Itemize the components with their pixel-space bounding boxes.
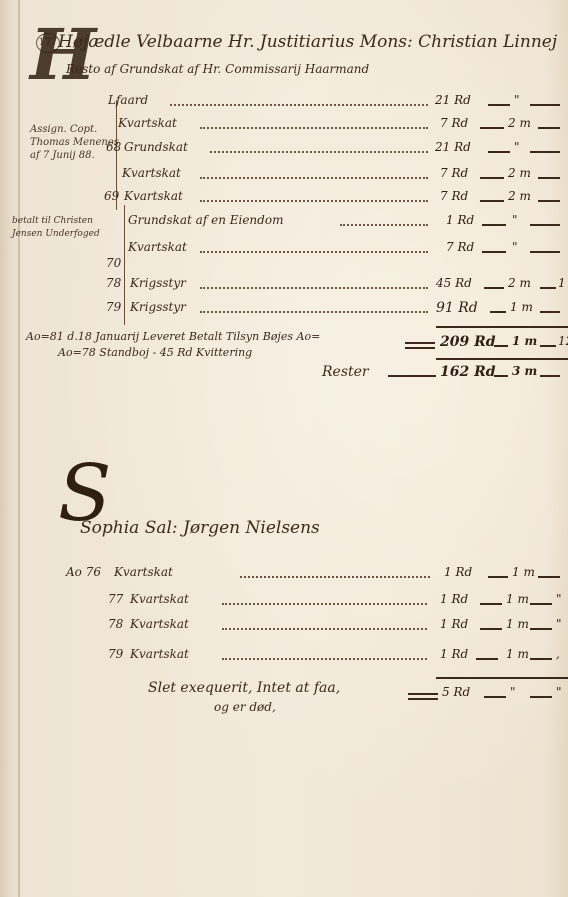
entry2-sum-rule [436, 677, 568, 679]
rest-row: Rester 162 Rd 3 m [0, 364, 568, 384]
ledger-row: 77 Kvartskat 1 Rd 1 m " [0, 592, 568, 612]
ledger-row: 70 [0, 256, 568, 276]
entry1-subheading: Resto af Grundskat af Hr. Commissarij Ha… [66, 62, 369, 76]
ledger-row: 79 Krigsstyr 91 Rd 1 m [0, 300, 568, 320]
ledger-row: 68 Grundskat 21 Rd " [0, 140, 568, 160]
ledger-row: 79 Kvartskat 1 Rd 1 m , [0, 647, 568, 667]
entry2-total-row: 5 Rd " " [0, 685, 568, 705]
manuscript-page: 177 H Højædle Velbaarne Hr. Justitiarius… [0, 0, 568, 897]
rest-rule [436, 358, 568, 360]
entry2-heading: Sophia Sal: Jørgen Nielsens [80, 518, 320, 538]
ledger-row: 78 Krigsstyr 45 Rd 2 m 1 [0, 276, 568, 296]
entry1-heading: Højædle Velbaarne Hr. Justitiarius Mons:… [58, 32, 557, 52]
ledger-row: Lfaard 21 Rd " [0, 93, 568, 113]
ledger-row: Ao 76 Kvartskat 1 Rd 1 m [0, 565, 568, 585]
ledger-row: Kvartskat 7 Rd 2 m [0, 116, 568, 136]
ledger-row: 69 Kvartskat 7 Rd 2 m [0, 189, 568, 209]
sum-row: 209 Rd 1 m 12 [0, 334, 568, 354]
ledger-row: Kvartskat 7 Rd 2 m [0, 166, 568, 186]
sum-rule [436, 326, 568, 328]
ledger-row: 78 Kvartskat 1 Rd 1 m " [0, 617, 568, 637]
entry1-initial: H [30, 20, 96, 90]
ledger-row: Grundskat af en Eiendom 1 Rd " [0, 213, 568, 233]
